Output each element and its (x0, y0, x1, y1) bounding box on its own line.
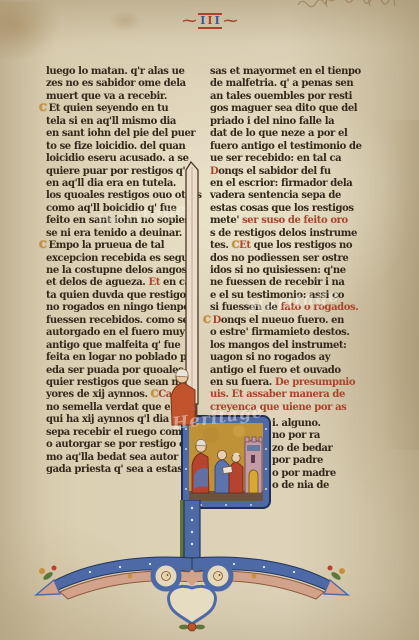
tower-building (245, 437, 262, 493)
body-text: sepa recebir el ruego como (46, 427, 188, 438)
text-line: en el escrior: firmador dela (210, 178, 355, 190)
text-line: qui ha xij aynnos q'l dia (46, 414, 187, 426)
text-line: excepcion recebida es segu (46, 253, 187, 265)
body-text: onqs el sabidor del fu (218, 166, 330, 177)
text-line: o de nia de (272, 480, 354, 492)
body-text: que los restigos no (251, 240, 353, 251)
body-text: en aq'll dia era en tutela. (46, 178, 176, 189)
text-line: antigo que malfeita q' fue (46, 340, 187, 352)
body-text: priado i del nino falle la (210, 116, 334, 127)
body-text: feito en sant iohn no sopies (46, 215, 190, 226)
text-line: dos no podiessen ser ostre (210, 253, 355, 265)
body-text: zo de bedar (272, 443, 332, 454)
body-text: Et quien seyendo en tu (49, 103, 169, 114)
body-text: s de restigos delos instrume (210, 228, 357, 239)
body-text: e el su testimonio: assi co (210, 290, 344, 301)
text-line: estas cosas que los restigos (210, 203, 355, 215)
gold-paragraph-mark: C (39, 103, 49, 114)
body-text: muert que va a recebir. (46, 91, 167, 102)
body-text: fuero antigo el testimonio de (210, 141, 362, 152)
historiated-initial-miniature (181, 415, 271, 509)
body-text: idos si no quisiessen: q'ne (210, 265, 346, 276)
rubric-text: fato o rogados. (280, 302, 358, 313)
body-text: no rogados en ningo tienpo (46, 302, 190, 313)
numeral-stroke: I (215, 16, 220, 26)
body-text: et delos de agueza. (46, 277, 148, 288)
body-text: o estre' firmamieto destos. (210, 327, 349, 338)
body-text: en el escrior: firmador dela (210, 178, 352, 189)
text-line: priado i del nino falle la (210, 116, 355, 128)
text-line: CDonqs el nueuo fuero. en (210, 315, 355, 327)
body-text: to se fize loicidio. del quan (46, 141, 185, 152)
text-line: CEt quien seyendo en tu (46, 103, 187, 115)
text-line: sepa recebir el ruego como (46, 427, 187, 439)
text-line: CEmpo la prueua de tal (46, 240, 187, 252)
body-text: se ni era tenido a deuinar. (46, 228, 182, 239)
spiral-curls (153, 563, 231, 589)
text-line: de malfetria. q' a penas sen (210, 78, 355, 90)
body-text: sas et mayormet en el tienpo (210, 66, 361, 77)
body-text: mete' (210, 215, 242, 226)
numeral-stroke: I (200, 16, 205, 26)
body-text: an tales ouembles por resti (210, 91, 352, 102)
text-line: o por madre (272, 468, 354, 480)
text-line: feita en logar no poblado pu (46, 352, 187, 364)
text-line: gada priesta q' sea a estas co (46, 464, 187, 476)
rubric-text: De presumpnio (275, 377, 355, 388)
text-line: no rogados en ningo tienpo (46, 302, 187, 314)
body-text: si fuessen de (210, 302, 280, 313)
text-line: mete' ser suso de feito oro (210, 215, 355, 227)
body-text: los quoales restigos ouo otros (46, 190, 202, 201)
text-line: fuero antigo el testimonio de (210, 141, 355, 153)
parchment-stain (0, 2, 62, 62)
body-text: de malfetria. q' a penas sen (210, 78, 353, 89)
manuscript-page: ~ I I I ~ luego lo matan. q'r alas uezes… (0, 0, 419, 640)
body-text: i. alguno. (272, 418, 321, 429)
body-text: gada priesta q' sea a estas co (46, 464, 197, 475)
text-line: uagon si no rogados ay (210, 352, 355, 364)
body-text: uagon si no rogados ay (210, 352, 330, 363)
text-line: creyença que uiene por as (210, 402, 355, 414)
body-text: dos no podiessen ser ostre (210, 253, 348, 264)
gold-paragraph-mark: C (203, 315, 213, 326)
body-text: feita en logar no poblado pu (46, 352, 193, 363)
gold-paragraph-mark: C (39, 240, 49, 251)
rubric-text: Et (148, 277, 159, 288)
text-line: eda ser puada por quoales se (46, 365, 187, 377)
text-line: zo de bedar (272, 443, 354, 455)
body-text: no semella verdat que el (46, 402, 174, 413)
text-line: gos maguer sea dito que del (210, 103, 355, 115)
body-text: en ca (160, 277, 191, 288)
rubric-text: Et (239, 240, 250, 251)
body-text: no por ra (272, 430, 320, 441)
body-text: tes. (210, 240, 232, 251)
body-text: o de nia de (272, 480, 329, 491)
rubric-text: D (213, 315, 221, 326)
body-text: autorgado en el fuero muy (46, 327, 185, 338)
text-line: quier restigos que sean ma (46, 377, 187, 389)
text-line: en aq'll dia era en tutela. (46, 178, 187, 190)
body-text: por padre (272, 455, 323, 466)
text-line: los quoales restigos ouo otros (46, 190, 187, 202)
body-text: como aq'll boicidio q' fue (46, 203, 176, 214)
folio-number: ~ I I I ~ (150, 12, 270, 30)
body-text: yores de xij aynnos. (46, 389, 151, 400)
text-line: ne fuessen de recebir i na (210, 277, 355, 289)
body-text: quiere puar por restigos q' (46, 166, 185, 177)
text-line: antigo el fuero et ouvado (210, 365, 355, 377)
white-dot-pattern (89, 563, 295, 573)
text-line: dat de lo que neze a por el (210, 128, 355, 140)
pen-flourish-tailpiece (30, 500, 390, 636)
text-column-right: sas et mayormet en el tienpode malfetria… (210, 66, 355, 414)
rubric-text: ser suso de feito oro (242, 215, 348, 226)
body-text: gos maguer sea dito que del (210, 103, 357, 114)
text-line: muert que va a recebir. (46, 91, 187, 103)
gold-paragraph-mark: C (232, 240, 240, 251)
rubric-text: Ca (158, 389, 172, 400)
text-line: ta quien duvda que restigos (46, 290, 187, 302)
body-text: ne fuessen de recebir i na (210, 277, 345, 288)
body-text: ta quien duvda que restigos (46, 290, 191, 301)
text-line: quiere puar por restigos q' (46, 166, 187, 178)
text-line: loicidio eseru acusado. a se (46, 153, 187, 165)
text-line: los mangos del instrumet: (210, 340, 355, 352)
text-line: si fuessen de fato o rogados. (210, 302, 355, 314)
heart-leaf (169, 586, 216, 631)
body-text: luego lo matan. q'r alas ue (46, 66, 184, 77)
roman-numeral: I I I (198, 13, 221, 29)
text-line: ne la costupne delos angos (46, 265, 187, 277)
body-text: o por madre (272, 468, 336, 479)
text-line: sas et mayormet en el tienpo (210, 66, 355, 78)
text-column-left: luego lo matan. q'r alas uezes no es sab… (46, 66, 187, 476)
text-line: mo aq'lla bedat sea autor (46, 452, 187, 464)
body-text: los mangos del instrumet: (210, 340, 346, 351)
text-line: zes no es sabidor ome dela (46, 78, 187, 90)
parchment-stain (108, 10, 142, 32)
body-text: onqs el nueuo fuero. en (221, 315, 344, 326)
body-text: fuessen recebidos. como sea (46, 315, 195, 326)
body-text: estas cosas que los restigos (210, 203, 354, 214)
text-line: no por ra (272, 430, 354, 442)
body-text: en sant iohn del pie del puer (46, 128, 195, 139)
body-text: quier restigos que sean ma (46, 377, 188, 388)
red-flourish-right: ~ (221, 15, 238, 28)
text-line: por padre (272, 455, 354, 467)
parchment-shading (382, 120, 419, 450)
right-flourish-arm (192, 557, 348, 599)
body-text: en su fuera. (210, 377, 275, 388)
text-line: no semella verdat que el (46, 402, 187, 414)
text-line: vadera sentencia sepa de (210, 190, 355, 202)
body-text: o autorgar se por restigo co (46, 439, 191, 450)
body-text: mo aq'lla bedat sea autor (46, 452, 178, 463)
text-line: se ni era tenido a deuinar. (46, 228, 187, 240)
faded-inscription (296, 0, 418, 13)
text-line: idos si no quisiessen: q'ne (210, 265, 355, 277)
body-text: eda ser puada por quoales se (46, 365, 198, 376)
standing-figures-group (215, 450, 243, 493)
body-text: loicidio eseru acusado. a se (46, 153, 189, 164)
text-line: fuessen recebidos. como sea (46, 315, 187, 327)
rubric-text: creyença que uiene por as (210, 402, 346, 413)
text-line: luego lo matan. q'r alas ue (46, 66, 187, 78)
text-line: o autorgar se por restigo co (46, 439, 187, 451)
body-text: qui ha xij aynnos q'l dia (46, 414, 169, 425)
text-line: tela si en aq'll mismo dia (46, 116, 187, 128)
body-text: dat de lo que neze a por el (210, 128, 347, 139)
text-line: yores de xij aynnos. CCa (46, 389, 187, 401)
body-text: zes no es sabidor ome dela (46, 78, 186, 89)
text-line: como aq'll boicidio q' fue (46, 203, 187, 215)
body-text: antigo el fuero et ouvado (210, 365, 341, 376)
text-line: feito en sant iohn no sopies (46, 215, 187, 227)
text-line: an tales ouembles por resti (210, 91, 355, 103)
body-text: tela si en aq'll mismo dia (46, 116, 176, 127)
text-line: e el su testimonio: assi co (210, 290, 355, 302)
body-text: Empo la prueua de tal (49, 240, 165, 251)
text-line: Donqs el sabidor del fu (210, 166, 355, 178)
rubric-text: uis. Et assaber manera de (210, 389, 345, 400)
text-line: tes. CEt que los restigos no (210, 240, 355, 252)
numeral-stroke: I (207, 16, 212, 26)
text-line: en su fuera. De presumpnio (210, 377, 355, 389)
text-line: autorgado en el fuero muy (46, 327, 187, 339)
text-line: s de restigos delos instrume (210, 228, 355, 240)
body-text: ue ser recebido: en tal ca (210, 153, 341, 164)
body-text: ne la costupne delos angos (46, 265, 187, 276)
text-line: uis. Et assaber manera de (210, 389, 355, 401)
text-column-right-beside-miniature: i. alguno.no por razo de bedarpor padreo… (272, 418, 354, 493)
left-flourish-arm (36, 557, 192, 599)
text-line: et delos de agueza. Et en ca (46, 277, 187, 289)
body-text: antigo que malfeita q' fue (46, 340, 180, 351)
text-line: en sant iohn del pie del puer (46, 128, 187, 140)
red-flourish-left: ~ (181, 15, 198, 28)
text-line: o estre' firmamieto destos. (210, 327, 355, 339)
body-text: excepcion recebida es segu (46, 253, 188, 264)
text-line: to se fize loicidio. del quan (46, 141, 187, 153)
body-text: vadera sentencia sepa de (210, 190, 341, 201)
text-line: i. alguno. (272, 418, 354, 430)
text-line: ue ser recebido: en tal ca (210, 153, 355, 165)
